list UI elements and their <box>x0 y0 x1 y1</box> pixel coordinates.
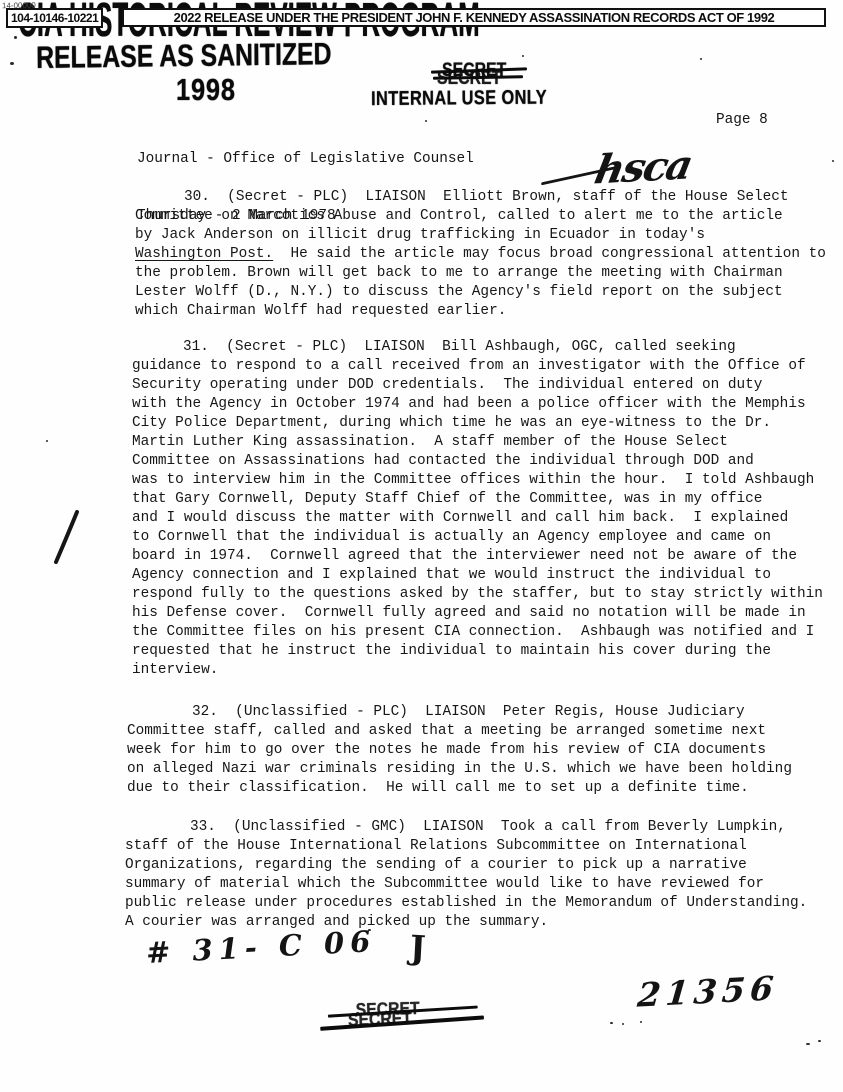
text-line: 30. (Secret - PLC) LIAISON Elliott Brown… <box>135 188 843 207</box>
text-line: 32. (Unclassified - PLC) LIAISON Peter R… <box>127 703 843 722</box>
release-banner-box: 2022 RELEASE UNDER THE PRESIDENT JOHN F.… <box>122 8 826 27</box>
scan-corner-mark: 14-00000 <box>2 1 36 11</box>
text-line: to Cornwell that the individual is actua… <box>132 528 843 547</box>
release-as-sanitized-stamp: RELEASE AS SANITIZED <box>36 36 332 76</box>
scan-noise <box>610 1022 613 1024</box>
text-line: Committee on Narcotics Abuse and Control… <box>135 207 843 226</box>
scan-noise <box>818 1040 821 1042</box>
text-line: board in 1974. Cornwell agreed that the … <box>132 547 843 566</box>
scan-noise <box>425 120 427 122</box>
scan-noise <box>368 929 371 931</box>
scan-noise <box>622 1023 624 1025</box>
internal-use-only-stamp: INTERNAL USE ONLY <box>371 87 547 111</box>
record-number-box: 104-10146-10221 <box>6 8 103 28</box>
handwritten-signature-hsca: hsca <box>591 142 695 194</box>
journal-title: Journal - Office of Legislative Counsel <box>137 150 474 169</box>
text-line: week for him to go over the notes he mad… <box>127 741 843 760</box>
text-line: public release under procedures establis… <box>125 894 843 913</box>
journal-entry-32: 32. (Unclassified - PLC) LIAISON Peter R… <box>127 703 843 798</box>
text-line: with the Agency in October 1974 and had … <box>132 395 843 414</box>
text-line: the Committee files on his present CIA c… <box>132 623 843 642</box>
text-line: 31. (Secret - PLC) LIAISON Bill Ashbaugh… <box>132 338 843 357</box>
text-line: on alleged Nazi war criminals residing i… <box>127 760 843 779</box>
scan-noise <box>522 55 524 57</box>
text-line: Washington Post. He said the article may… <box>135 245 843 264</box>
scan-noise <box>10 62 14 65</box>
text-line: Committee on Assassinations had contacte… <box>132 452 843 471</box>
text-line: A courier was arranged and picked up the… <box>125 913 843 932</box>
text-line: 33. (Unclassified - GMC) LIAISON Took a … <box>125 818 843 837</box>
scan-noise <box>700 58 702 60</box>
text-line: Martin Luther King assassination. A staf… <box>132 433 843 452</box>
text-line: that Gary Cornwell, Deputy Staff Chief o… <box>132 490 843 509</box>
text-line: due to their classification. He will cal… <box>127 779 843 798</box>
text-line: his Defense cover. Cornwell fully agreed… <box>132 604 843 623</box>
text-line: Lester Wolff (D., N.Y.) to discuss the A… <box>135 283 843 302</box>
document-body: 30. (Secret - PLC) LIAISON Elliott Brown… <box>0 188 843 932</box>
handwritten-serial-number: 21356 <box>636 968 780 1014</box>
scan-noise <box>806 1043 810 1045</box>
sanitized-year-stamp: 1998 <box>176 72 236 108</box>
text-line: guidance to respond to a call received f… <box>132 357 843 376</box>
scan-noise <box>640 1021 642 1023</box>
secret-stamp-top: SECRET SECRET <box>437 60 537 90</box>
secret-stamp-bottom: SECRET SECRET <box>346 998 467 1039</box>
text-line: interview. <box>132 661 843 680</box>
text-line: by Jack Anderson on illicit drug traffic… <box>135 226 843 245</box>
page-number: Page 8 <box>716 112 768 128</box>
scan-noise <box>14 36 17 39</box>
release-banner-text: 2022 RELEASE UNDER THE PRESIDENT JOHN F.… <box>174 10 775 25</box>
text-line: Committee staff, called and asked that a… <box>127 722 843 741</box>
text-line: the problem. Brown will get back to me t… <box>135 264 843 283</box>
journal-entry-33: 33. (Unclassified - GMC) LIAISON Took a … <box>125 818 843 932</box>
text-line: staff of the House International Relatio… <box>125 837 843 856</box>
text-line: was to interview him in the Committee of… <box>132 471 843 490</box>
text-line: respond fully to the questions asked by … <box>132 585 843 604</box>
journal-entry-30: 30. (Secret - PLC) LIAISON Elliott Brown… <box>135 188 843 321</box>
record-number: 104-10146-10221 <box>11 11 98 25</box>
text-line: Security operating under DOD credentials… <box>132 376 843 395</box>
journal-entry-31: 31. (Secret - PLC) LIAISON Bill Ashbaugh… <box>132 338 843 680</box>
text-line: which Chairman Wolff had requested earli… <box>135 302 843 321</box>
text-line: Organizations, regarding the sending of … <box>125 856 843 875</box>
scan-noise <box>46 440 48 442</box>
text-line: requested that he instruct the individua… <box>132 642 843 661</box>
handwritten-bracket-mark: J <box>409 928 427 968</box>
text-line: Agency connection and I explained that w… <box>132 566 843 585</box>
text-line: City Police Department, during which tim… <box>132 414 843 433</box>
scanned-document-page: CIA HISTORICAL REVIEW PROGRAM 14-00000 1… <box>0 0 843 1092</box>
text-line: summary of material which the Subcommitt… <box>125 875 843 894</box>
scan-noise <box>832 160 834 162</box>
text-line: and I would discuss the matter with Corn… <box>132 509 843 528</box>
